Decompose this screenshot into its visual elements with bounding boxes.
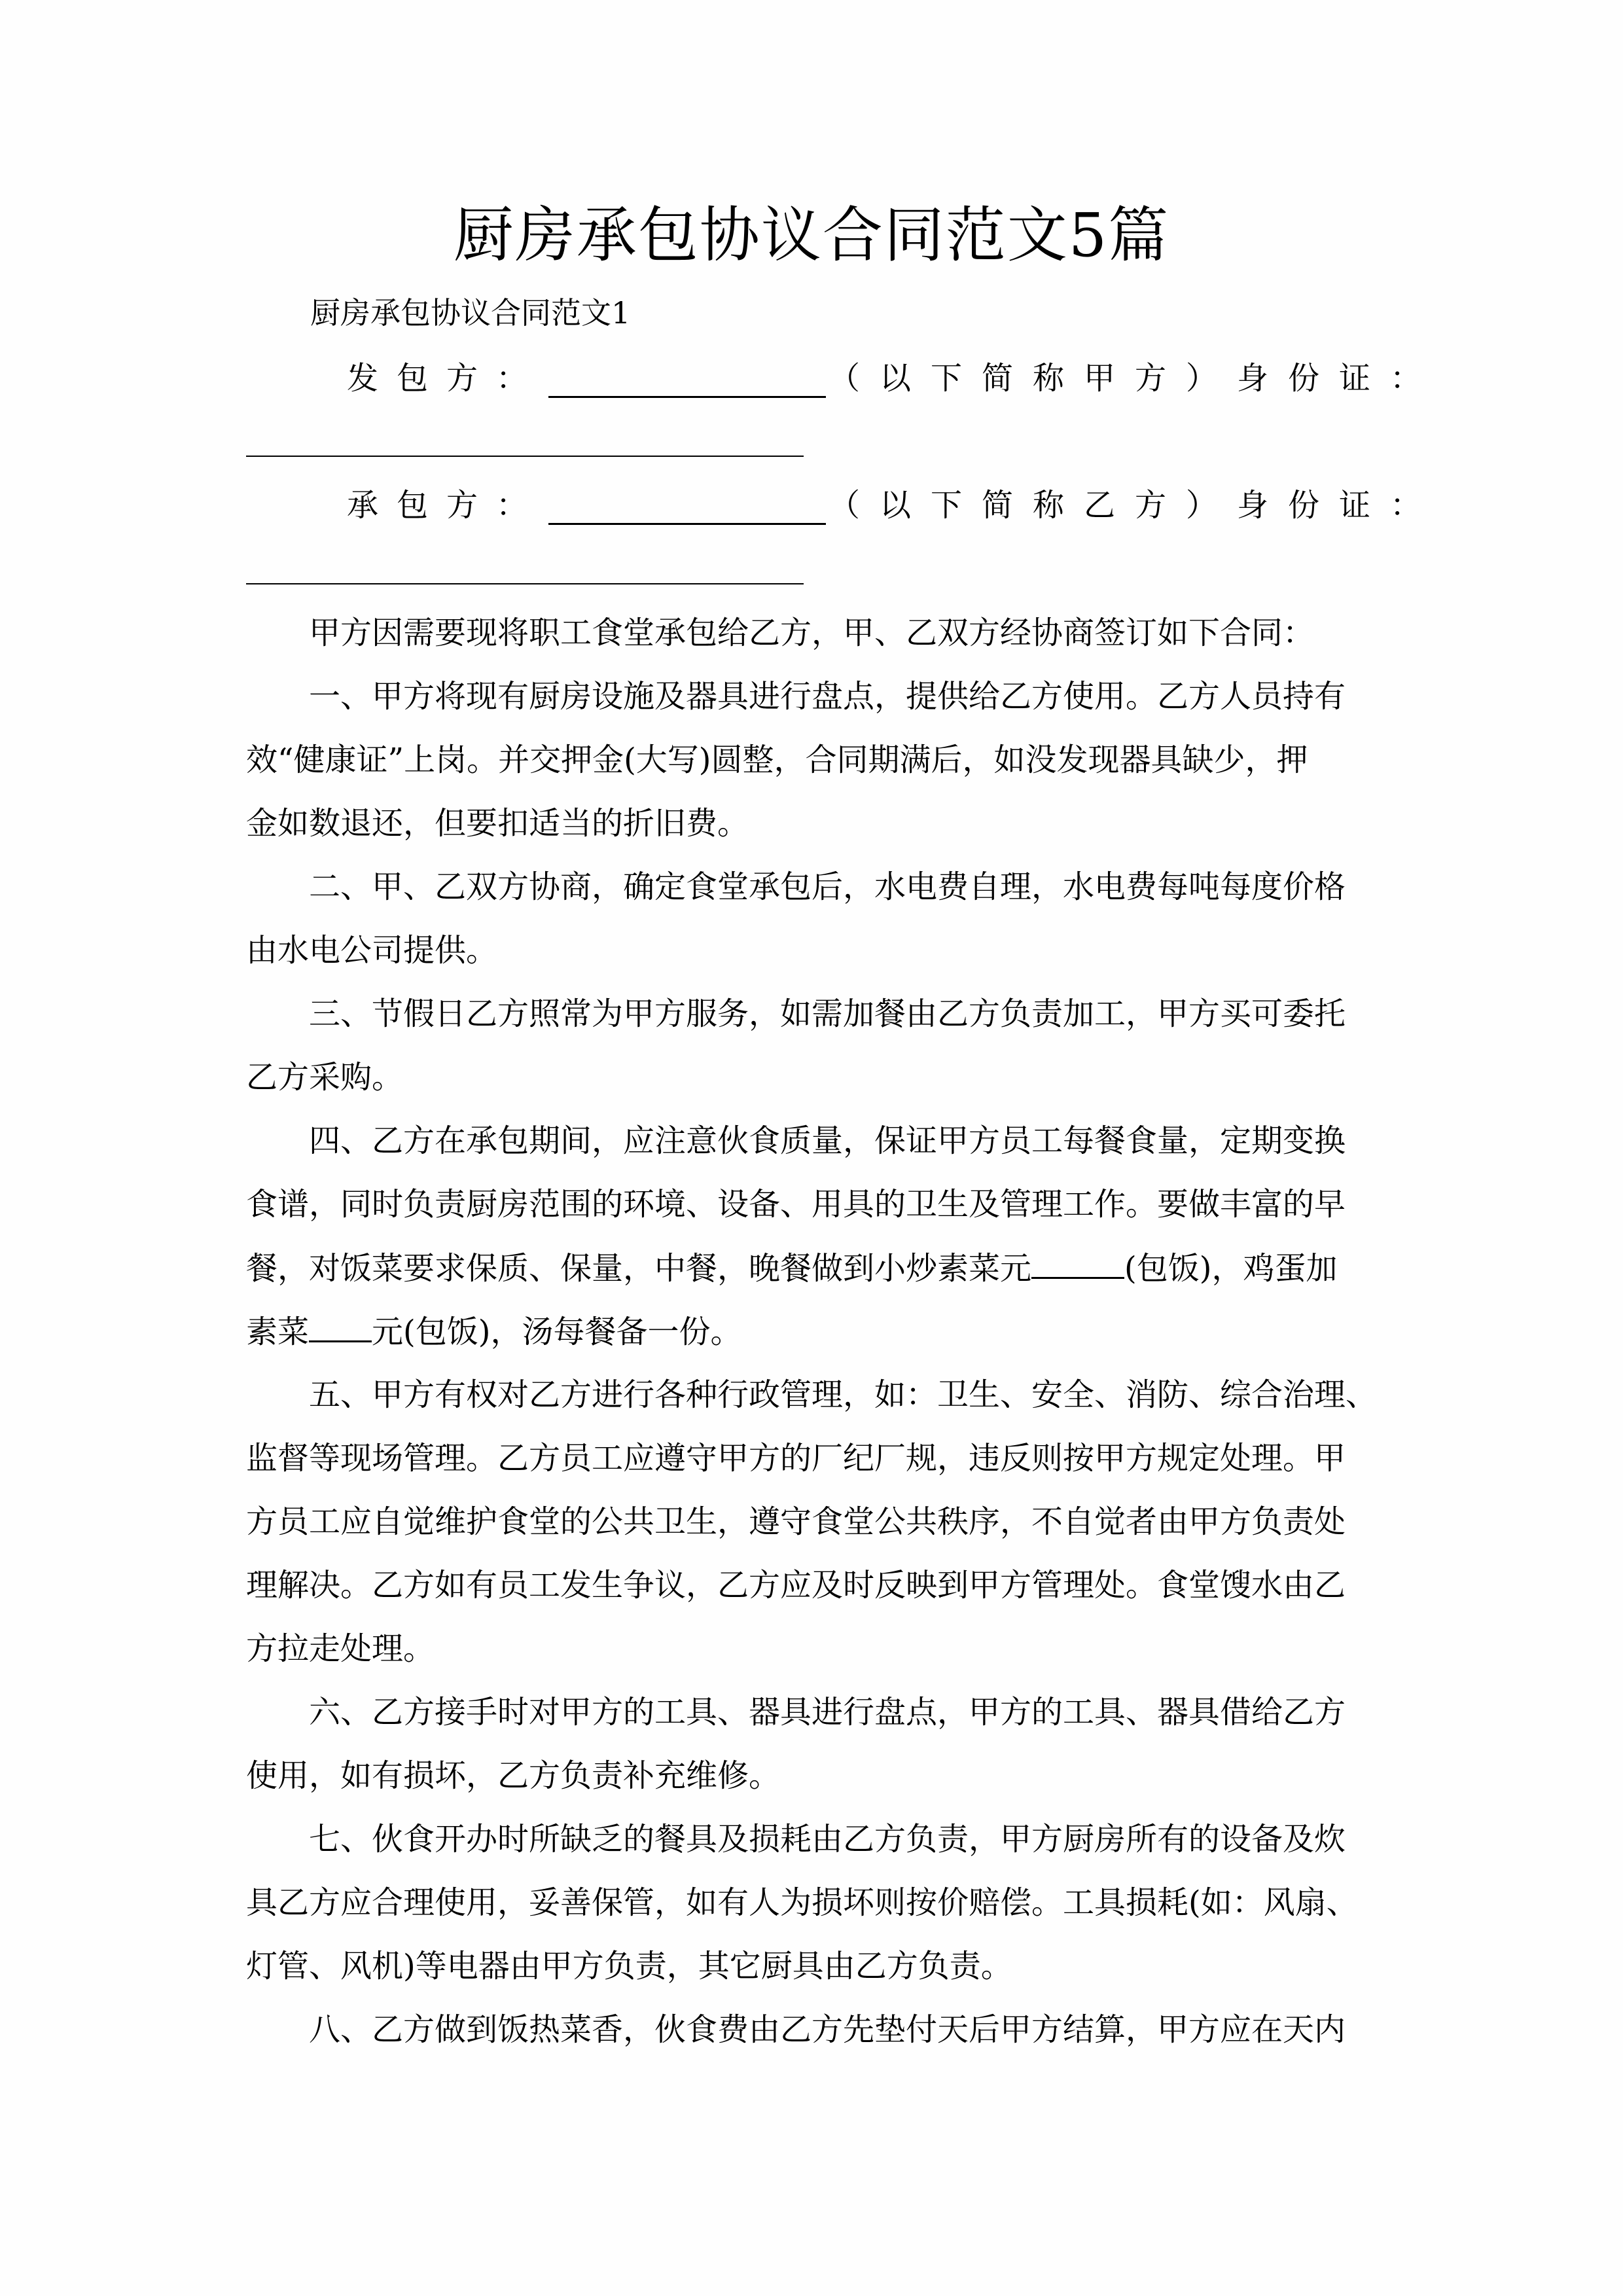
clause-line: 乙方采购。 — [246, 1058, 1385, 1121]
clause-line: 金如数退还，但要扣适当的折旧费。 — [246, 804, 1385, 867]
clause-line: 由水电公司提供。 — [246, 931, 1385, 994]
party-a-id-blank[interactable] — [246, 456, 804, 457]
contract-body: 甲方因需要现将职工食堂承包给乙方，甲、乙双方经协商签订如下合同： 一、甲方将现有… — [246, 613, 1385, 2073]
party-b-id-blank[interactable] — [246, 583, 804, 584]
party-a-line: 发包方：（以下简称甲方）身份证： — [347, 359, 1441, 398]
party-b-name-blank[interactable] — [548, 492, 826, 525]
document-title: 厨房承包协议合同范文5篇 — [0, 196, 1623, 275]
clause-line: 方员工应自觉维护食堂的公共卫生，遵守食堂公共秩序，不自觉者由甲方负责处 — [246, 1502, 1385, 1566]
section-subtitle: 厨房承包协议合同范文1 — [310, 293, 630, 332]
clause-line: 理解决。乙方如有员工发生争议，乙方应及时反映到甲方管理处。食堂馊水由乙 — [246, 1566, 1385, 1629]
clause-5: 五、甲方有权对乙方进行各种行政管理，如：卫生、安全、消防、综合治理、 监督等现场… — [246, 1375, 1385, 1693]
price-blank[interactable] — [309, 1312, 372, 1342]
clause-4: 四、乙方在承包期间，应注意伙食质量，保证甲方员工每餐食量，定期变换 食谱，同时负… — [246, 1121, 1385, 1375]
clause-line: 五、甲方有权对乙方进行各种行政管理，如：卫生、安全、消防、综合治理、 — [246, 1375, 1385, 1439]
clause-line: 二、甲、乙双方协商，确定食堂承包后，水电费自理，水电费每吨每度价格 — [246, 867, 1385, 931]
clause-line: 一、甲方将现有厨房设施及器具进行盘点，提供给乙方使用。乙方人员持有 — [246, 677, 1385, 740]
clause-3: 三、节假日乙方照常为甲方服务，如需加餐由乙方负责加工，甲方买可委托 乙方采购。 — [246, 994, 1385, 1121]
clause-line: 使用，如有损坏，乙方负责补充维修。 — [246, 1756, 1385, 1820]
clause-line: 三、节假日乙方照常为甲方服务，如需加餐由乙方负责加工，甲方买可委托 — [246, 994, 1385, 1058]
clause-line: 八、乙方做到饭热菜香，伙食费由乙方先垫付天后甲方结算，甲方应在天内 — [246, 2010, 1385, 2073]
clause-1: 一、甲方将现有厨房设施及器具进行盘点，提供给乙方使用。乙方人员持有 效“健康证”… — [246, 677, 1385, 867]
party-a-name-blank[interactable] — [548, 365, 826, 398]
party-b-tail: （以下简称乙方）身份证： — [829, 487, 1441, 524]
clause-line: 灯管、风机)等电器由甲方负责，其它厨具由乙方负责。 — [246, 1946, 1385, 2010]
document-page: 厨房承包协议合同范文5篇 厨房承包协议合同范文1 发包方：（以下简称甲方）身份证… — [0, 0, 1623, 2296]
clause-7: 七、伙食开办时所缺乏的餐具及损耗由乙方负责，甲方厨房所有的设备及炊 具乙方应合理… — [246, 1820, 1385, 2010]
clause-line: 四、乙方在承包期间，应注意伙食质量，保证甲方员工每餐食量，定期变换 — [246, 1121, 1385, 1185]
clause-line: 七、伙食开办时所缺乏的餐具及损耗由乙方负责，甲方厨房所有的设备及炊 — [246, 1820, 1385, 1883]
party-b-label: 承包方： — [347, 487, 546, 524]
clause-line: 素菜元(包饭)，汤每餐备一份。 — [246, 1312, 1385, 1375]
clause-line: 监督等现场管理。乙方员工应遵守甲方的厂纪厂规，违反则按甲方规定处理。甲 — [246, 1439, 1385, 1502]
clause-text: 餐，对饭菜要求保质、保量，中餐，晚餐做到小炒素菜元 — [246, 1250, 1031, 1287]
clause-line: 效“健康证”上岗。并交押金(大写)圆整，合同期满后，如没发现器具缺少，押 — [246, 740, 1385, 804]
clause-line: 具乙方应合理使用，妥善保管，如有人为损坏则按价赔偿。工具损耗(如：风扇、 — [246, 1883, 1385, 1946]
clause-text: (包饭)，鸡蛋加 — [1124, 1250, 1337, 1287]
clause-line: 六、乙方接手时对甲方的工具、器具进行盘点，甲方的工具、器具借给乙方 — [246, 1693, 1385, 1756]
clause-text: 元(包饭)，汤每餐备一份。 — [372, 1314, 741, 1350]
intro-paragraph: 甲方因需要现将职工食堂承包给乙方，甲、乙双方经协商签订如下合同： — [246, 613, 1385, 677]
clause-6: 六、乙方接手时对甲方的工具、器具进行盘点，甲方的工具、器具借给乙方 使用，如有损… — [246, 1693, 1385, 1820]
party-a-label: 发包方： — [347, 360, 546, 397]
party-b-line: 承包方：（以下简称乙方）身份证： — [347, 486, 1441, 525]
clause-2: 二、甲、乙双方协商，确定食堂承包后，水电费自理，水电费每吨每度价格 由水电公司提… — [246, 867, 1385, 994]
clause-line: 食谱，同时负责厨房范围的环境、设备、用具的卫生及管理工作。要做丰富的早 — [246, 1185, 1385, 1248]
party-a-tail: （以下简称甲方）身份证： — [829, 360, 1441, 397]
clause-line: 方拉走处理。 — [246, 1629, 1385, 1693]
clause-text: 素菜 — [246, 1314, 309, 1350]
clause-line: 餐，对饭菜要求保质、保量，中餐，晚餐做到小炒素菜元(包饭)，鸡蛋加 — [246, 1248, 1385, 1312]
clause-8: 八、乙方做到饭热菜香，伙食费由乙方先垫付天后甲方结算，甲方应在天内 — [246, 2010, 1385, 2073]
price-blank[interactable] — [1031, 1248, 1124, 1279]
